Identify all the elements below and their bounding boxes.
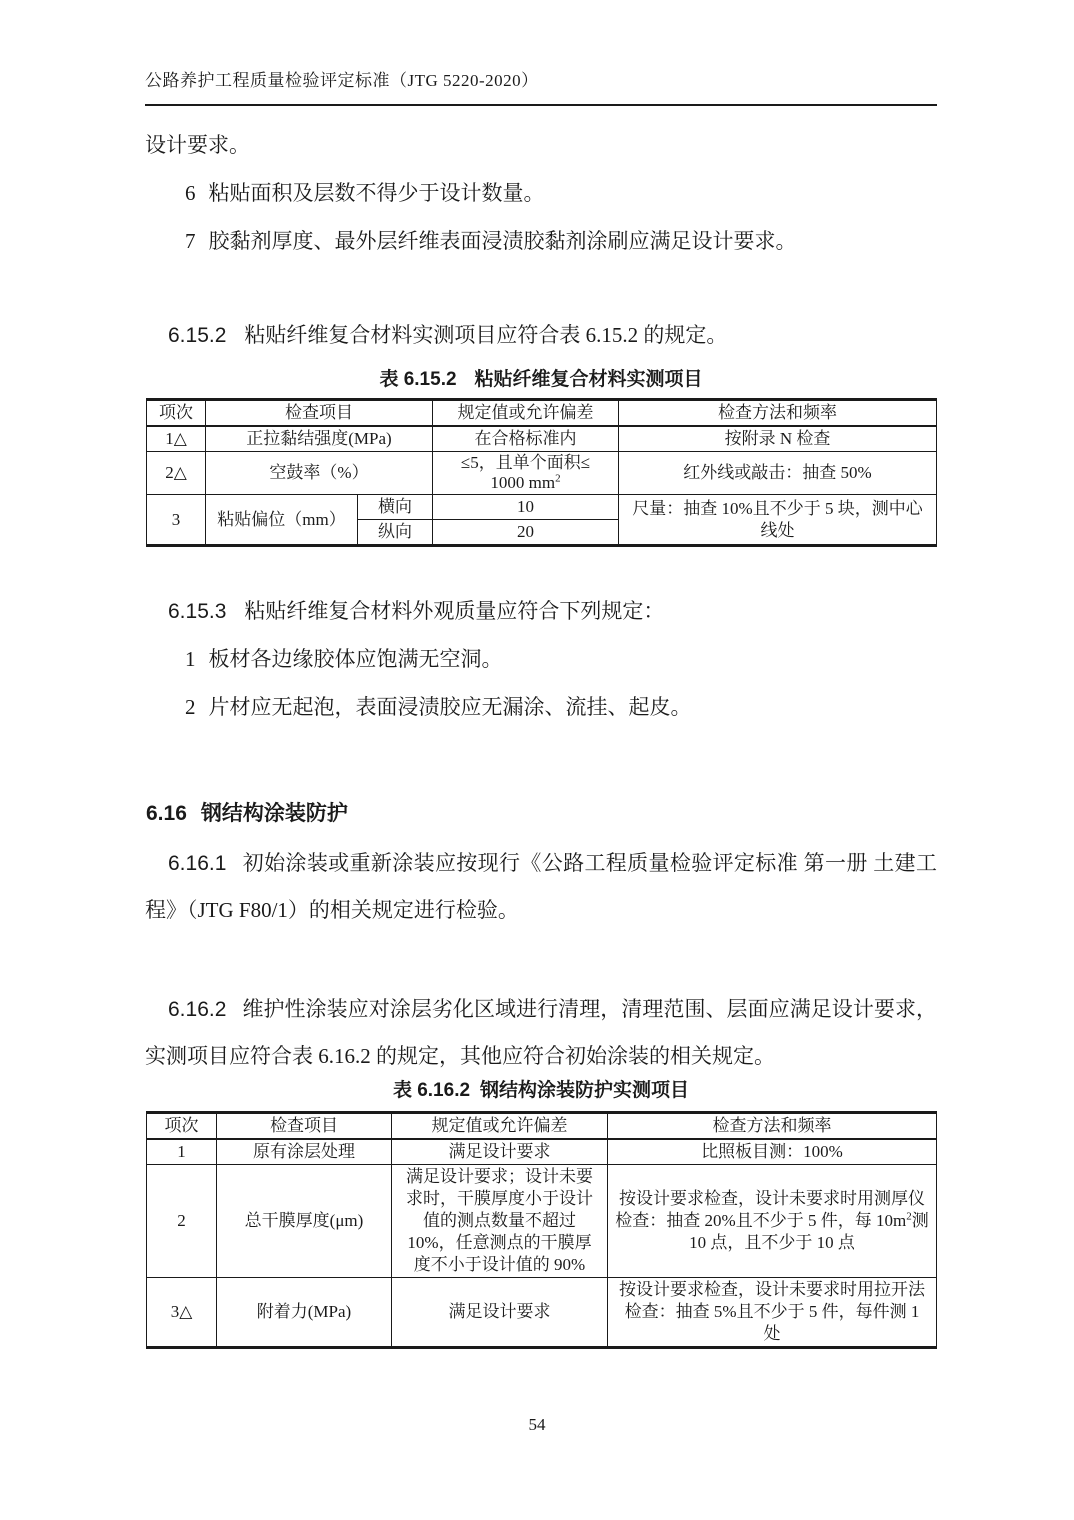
cell-sub-value: 10 [433, 495, 619, 520]
clause-6-15-3: 6.15.3粘贴纤维复合材料外观质量应符合下列规定： [168, 598, 664, 625]
clause-text: 粘贴纤维复合材料外观质量应符合下列规定： [244, 599, 664, 623]
section-heading-6-16: 6.16钢结构涂装防护 [146, 801, 348, 827]
table-caption-6-16-2: 表 6.16.2钢结构涂装防护实测项目 [145, 1079, 937, 1103]
clause-text: 维护性涂装应对涂层劣化区域进行清理，清理范围、层面应满足设计要求，实测项目应符合… [145, 997, 937, 1068]
cell-item: 正拉黏结强度(MPa) [206, 426, 433, 452]
cell-seq: 2△ [147, 452, 206, 495]
cell-item: 粘贴偏位（mm） [206, 495, 358, 546]
table-row: 2 总干膜厚度(μm) 满足设计要求；设计未要求时，干膜厚度小于设计值的测点数量… [147, 1165, 937, 1278]
cell-spec: 满足设计要求；设计未要求时，干膜厚度小于设计值的测点数量不超过 10%，任意测点… [392, 1165, 608, 1278]
cell-method: 按设计要求检查，设计未要求时用拉开法检查：抽查 5%且不少于 5 件，每件测 1… [608, 1278, 937, 1348]
col-header: 项次 [147, 400, 206, 427]
table-row: 2△ 空鼓率（%） ≤5，且单个面积≤ 1000 mm2 红外线或敲击：抽查 5… [147, 452, 937, 495]
document-page: 公路养护工程质量检验评定标准（JTG 5220-2020） 设计要求。 6粘贴面… [0, 0, 1074, 1520]
table-caption-6-15-2: 表 6.15.2粘贴纤维复合材料实测项目 [145, 368, 937, 392]
col-header: 检查项目 [217, 1113, 392, 1140]
cell-method: 按附录 N 检查 [619, 426, 937, 452]
header-rule [145, 104, 937, 106]
col-header: 检查方法和频率 [608, 1113, 937, 1140]
clause-number: 6.15.2 [168, 324, 226, 347]
list-item-2: 2片材应无起泡，表面浸渍胶应无漏涂、流挂、起皮。 [185, 694, 692, 720]
section-title: 钢结构涂装防护 [201, 802, 348, 825]
clause-text: 粘贴纤维复合材料实测项目应符合表 6.15.2 的规定。 [244, 323, 727, 347]
cell-item: 空鼓率（%） [206, 452, 433, 495]
cell-seq: 2 [147, 1165, 217, 1278]
clause-number: 6.16.2 [168, 998, 226, 1021]
page-number: 54 [0, 1415, 1074, 1435]
running-header-title: 公路养护工程质量检验评定标准（JTG 5220-2020） [145, 70, 539, 92]
item-text: 粘贴面积及层数不得少于设计数量。 [209, 181, 545, 205]
section-number: 6.16 [146, 802, 187, 825]
list-item-7: 7胶黏剂厚度、最外层纤维表面浸渍胶黏剂涂刷应满足设计要求。 [185, 228, 797, 254]
col-header: 检查方法和频率 [619, 400, 937, 427]
list-item-1: 1板材各边缘胶体应饱满无空洞。 [185, 646, 503, 672]
cell-item: 总干膜厚度(μm) [217, 1165, 392, 1278]
table-row: 1△ 正拉黏结强度(MPa) 在合格标准内 按附录 N 检查 [147, 426, 937, 452]
list-item-6: 6粘贴面积及层数不得少于设计数量。 [185, 180, 545, 206]
col-header: 规定值或允许偏差 [433, 400, 619, 427]
table-row: 1 原有涂层处理 满足设计要求 比照板目测：100% [147, 1139, 937, 1165]
cell-spec: 满足设计要求 [392, 1139, 608, 1165]
cell-item: 原有涂层处理 [217, 1139, 392, 1165]
paragraph-continuation: 设计要求。 [145, 132, 250, 158]
cell-sub-value: 20 [433, 520, 619, 546]
table-header-row: 项次 检查项目 规定值或允许偏差 检查方法和频率 [147, 400, 937, 427]
item-number: 2 [185, 695, 196, 719]
cell-method: 尺量：抽查 10%且不少于 5 块，测中心线处 [619, 495, 937, 546]
spec-line: ≤5，且单个面积≤ [440, 453, 611, 473]
col-header: 项次 [147, 1113, 217, 1140]
item-number: 1 [185, 647, 196, 671]
clause-number: 6.15.3 [168, 600, 226, 623]
cell-spec: 满足设计要求 [392, 1278, 608, 1348]
cell-method: 按设计要求检查，设计未要求时用测厚仪检查：抽查 20%且不少于 5 件，每 10… [608, 1165, 937, 1278]
clause-6-16-1: 6.16.1初始涂装或重新涂装应按现行《公路工程质量检验评定标准 第一册 土建工… [145, 840, 937, 933]
table-row: 3 粘贴偏位（mm） 横向 10 尺量：抽查 10%且不少于 5 块，测中心线处 [147, 495, 937, 520]
cell-seq: 3△ [147, 1278, 217, 1348]
item-text: 胶黏剂厚度、最外层纤维表面浸渍胶黏剂涂刷应满足设计要求。 [209, 229, 797, 253]
clause-6-15-2: 6.15.2粘贴纤维复合材料实测项目应符合表 6.15.2 的规定。 [168, 322, 727, 349]
spec-line: 1000 mm2 [440, 473, 611, 493]
item-text: 片材应无起泡，表面浸渍胶应无漏涂、流挂、起皮。 [209, 695, 692, 719]
table-row: 3△ 附着力(MPa) 满足设计要求 按设计要求检查，设计未要求时用拉开法检查：… [147, 1278, 937, 1348]
item-number: 7 [185, 229, 196, 253]
table-caption-title: 粘贴纤维复合材料实测项目 [475, 369, 703, 390]
clause-number: 6.16.1 [168, 852, 226, 875]
item-text: 板材各边缘胶体应饱满无空洞。 [209, 647, 503, 671]
cell-item: 附着力(MPa) [217, 1278, 392, 1348]
cell-method: 比照板目测：100% [608, 1139, 937, 1165]
col-header: 检查项目 [206, 400, 433, 427]
table-6-15-2: 项次 检查项目 规定值或允许偏差 检查方法和频率 1△ 正拉黏结强度(MPa) … [146, 398, 937, 547]
cell-method: 红外线或敲击：抽查 50% [619, 452, 937, 495]
cell-spec: 在合格标准内 [433, 426, 619, 452]
cell-spec: ≤5，且单个面积≤ 1000 mm2 [433, 452, 619, 495]
item-number: 6 [185, 181, 196, 205]
superscript: 2 [555, 472, 561, 484]
clause-6-16-2: 6.16.2维护性涂装应对涂层劣化区域进行清理，清理范围、层面应满足设计要求，实… [145, 986, 937, 1079]
col-header: 规定值或允许偏差 [392, 1113, 608, 1140]
table-caption-label: 表 6.16.2 [393, 1080, 470, 1101]
table-caption-title: 钢结构涂装防护实测项目 [480, 1080, 689, 1101]
cell-seq: 1△ [147, 426, 206, 452]
clause-text: 初始涂装或重新涂装应按现行《公路工程质量检验评定标准 第一册 土建工程》（JTG… [145, 851, 937, 922]
table-header-row: 项次 检查项目 规定值或允许偏差 检查方法和频率 [147, 1113, 937, 1140]
cell-sub-label: 横向 [358, 495, 433, 520]
cell-seq: 3 [147, 495, 206, 546]
cell-seq: 1 [147, 1139, 217, 1165]
table-caption-label: 表 6.15.2 [379, 369, 456, 390]
cell-sub-label: 纵向 [358, 520, 433, 546]
table-6-16-2: 项次 检查项目 规定值或允许偏差 检查方法和频率 1 原有涂层处理 满足设计要求… [146, 1111, 937, 1349]
